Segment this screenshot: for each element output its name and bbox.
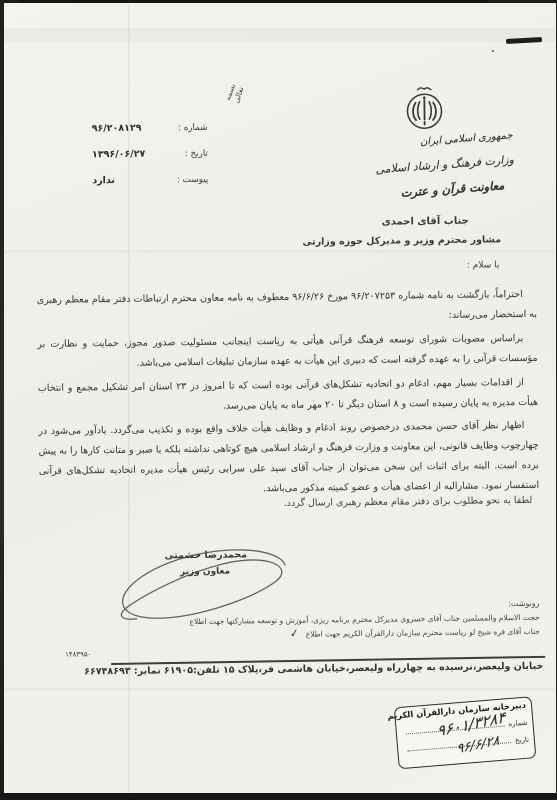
- scan-edge-left: [0, 0, 4, 800]
- body-paragraph-2: براساس مصوبات شورای توسعه فرهنگ قرآنی هی…: [37, 329, 537, 375]
- stamp-number-label: شماره: [508, 719, 528, 729]
- date-label: تاریخ :: [185, 149, 208, 159]
- body-paragraph-5: لطفا به نحو مطلوب برای دفتر مقام معظم ره…: [284, 495, 533, 509]
- letter-meta-block: شماره : ۹۶/۲۰۸۱۲۹ تاریخ : ۱۳۹۶/۰۶/۲۷ پیو…: [92, 122, 209, 201]
- number-label: شماره :: [178, 123, 208, 133]
- number-value: ۹۶/۲۰۸۱۲۹: [92, 123, 142, 135]
- recipient-title: مشاور محترم وزیر و مدیرکل حوزه وزارتی: [302, 234, 501, 247]
- secretariat-stamp: دبیرخانه سازمان دارالقرآن الکریم شماره ت…: [394, 696, 537, 769]
- letter-content: جمهوری اسلامی ایران وزارت فرهنگ و ارشاد …: [0, 0, 557, 800]
- stamp-handwritten-date: ۹۶/۶/۲۸: [457, 733, 500, 757]
- footer-code: ۱۴۸۳۹۵۰: [65, 650, 91, 658]
- checkmark-icon: ✓: [289, 626, 300, 640]
- body-paragraph-1: احتراماً، بازگشت به نامه شماره ۹۶/۲۰۷۲۵۳…: [37, 285, 537, 331]
- scan-artifact-dot: [492, 50, 494, 52]
- salutation: با سلام :: [467, 260, 500, 270]
- meta-date-row: تاریخ : ۱۳۹۶/۰۶/۲۷: [92, 148, 208, 162]
- scanned-letter-page: جمهوری اسلامی ایران وزارت فرهنگ و ارشاد …: [0, 0, 557, 800]
- attachment-label: پیوست :: [177, 175, 209, 185]
- scan-edge-bottom: [0, 793, 557, 800]
- iran-emblem-icon: [402, 84, 447, 133]
- recipient-name: جناب آقای احمدی: [382, 216, 469, 228]
- cc-item-2-text: جناب آقای قره شیخ لو ریاست محترم سازمان …: [306, 627, 540, 639]
- letterhead-ministry: وزارت فرهنگ و ارشاد اسلامی: [375, 153, 514, 176]
- besmele-stamp: بسمه تعالی: [220, 74, 249, 114]
- letterhead-deputy: معاونت قرآن و عترت: [400, 178, 505, 200]
- stamp-date-label: تاریخ: [515, 736, 530, 745]
- body-paragraph-4: اظهار نظر آقای حسن محمدی درخصوص روند ادغ…: [38, 416, 539, 502]
- scan-edge-top: [18, 0, 488, 3]
- date-value: ۱۳۹۶/۰۶/۲۷: [92, 149, 145, 161]
- letterhead-country: جمهوری اسلامی ایران: [420, 130, 513, 148]
- meta-attachment-row: پیوست : ندارد: [92, 174, 208, 188]
- cc-block: رونوشت: حجت الاسلام والمسلمین جناب آقای …: [189, 599, 539, 642]
- attachment-value: ندارد: [92, 175, 115, 186]
- meta-number-row: شماره : ۹۶/۲۰۸۱۲۹: [92, 122, 208, 136]
- body-paragraph-3: از اقدامات بسیار مهم، ادغام دو اتحادیه ت…: [38, 373, 538, 419]
